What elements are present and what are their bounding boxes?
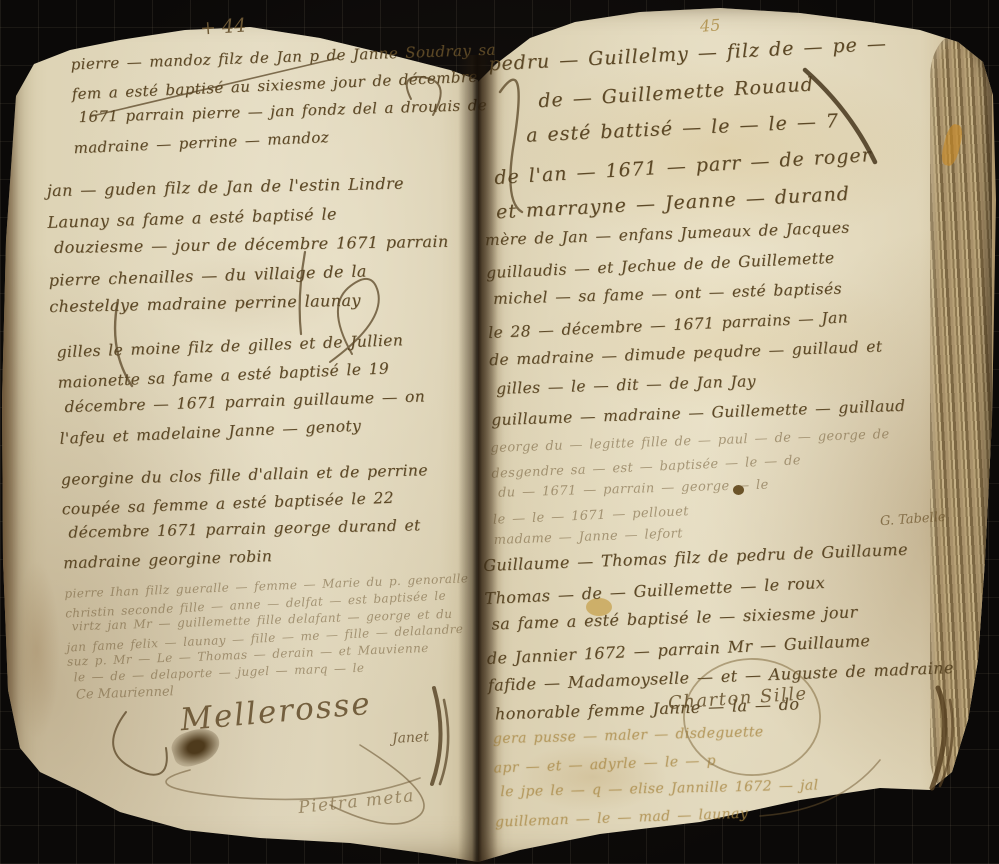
baptism-entry: gilles le moine filz de gilles et de Jul…: [56, 326, 420, 451]
baptism-entry: mère de Jan — enfans Jumeaux de Jacques …: [484, 211, 905, 435]
folio-number-left: + 44: [199, 14, 247, 39]
baptism-entry: pierre — mandoz filz de Jan p de Janne S…: [70, 37, 499, 160]
baptism-entry: pedru — Guillelmy — filz de — pe — de — …: [487, 26, 895, 232]
signature-small-left: Janet: [392, 729, 430, 747]
baptism-entry: georgine du clos fille d'allain et de pe…: [61, 457, 431, 575]
baptism-entry: jan — guden filz de Jan de l'estin Lindr…: [47, 168, 445, 321]
folio-number-right: 45: [699, 15, 721, 35]
baptism-entry-crossed-out: pierre Ihan fillz gueralle — femme — Mar…: [64, 570, 472, 687]
baptism-entry-faded: george du — legitte fille de — paul — de…: [490, 423, 893, 552]
paper-stain: [14, 560, 60, 740]
bleed-through-text: gera pusse — maler — disdeguette apr — e…: [493, 718, 814, 834]
manuscript-photo: + 44 pierre — mandoz filz de Jan p de Ja…: [0, 0, 999, 864]
